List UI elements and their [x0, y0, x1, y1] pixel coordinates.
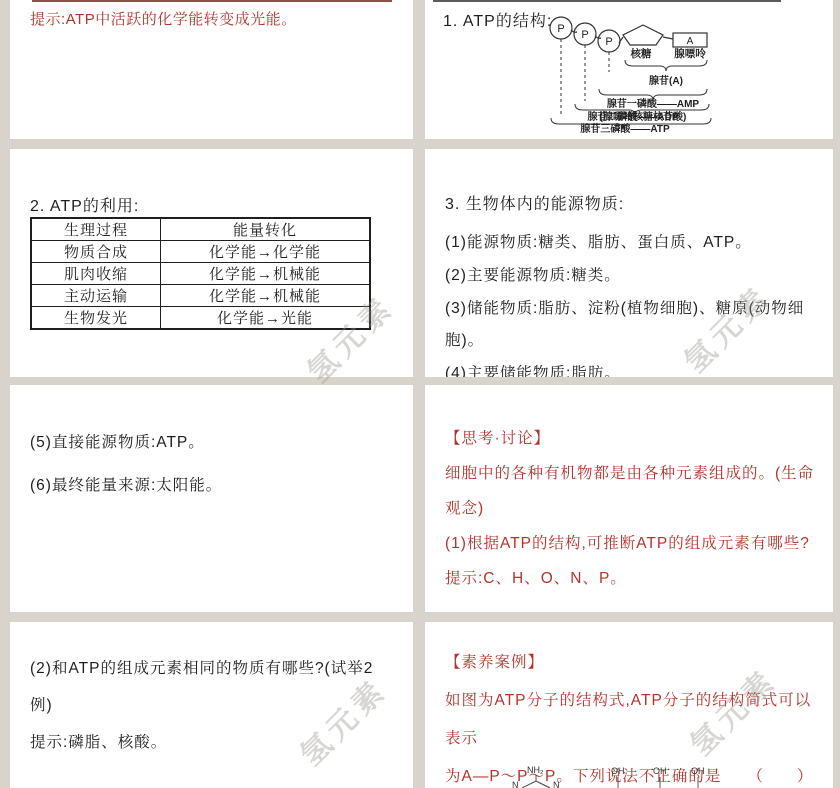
oh-label: OH	[611, 766, 625, 776]
cell-conversion: 化学能→化学能	[161, 241, 371, 263]
oh-label: OH	[653, 766, 667, 776]
slide-hint-light-energy: 提示:ATP中活跃的化学能转变成光能。	[10, 0, 413, 139]
oh-label: OH	[691, 766, 705, 776]
same-elements-line-2: 提示:磷脂、核酸。	[30, 724, 395, 761]
table-header-row: 生理过程 能量转化	[31, 218, 370, 241]
cropped-row-remnant	[32, 0, 392, 2]
slide-direct-energy: (5)直接能源物质:ATP。 (6)最终能量来源:太阳能。	[10, 385, 413, 612]
atp-structure-diagram: P P P A 核糖 腺嘌呤 腺苷(A) 腺苷一磷酸——AMP (腺嘌呤核糖核苷…	[525, 5, 815, 133]
same-elements-line-1: (2)和ATP的组成元素相同的物质有哪些?(试举2例)	[30, 650, 395, 724]
table-row: 主动运输 化学能→机械能	[31, 285, 370, 307]
table-row: 肌肉收缩 化学能→机械能	[31, 263, 370, 285]
adp-label: 腺苷二磷酸——ADP	[587, 110, 678, 123]
think-discuss-title: 【思考·讨论】	[445, 421, 815, 456]
cell-conversion: 化学能→光能	[161, 307, 371, 330]
slide-atp-structure: 1. ATP的结构: P P P A 核糖 腺嘌呤 腺苷(A) 腺苷一磷酸——A…	[425, 0, 833, 139]
n-atom-label: N	[512, 780, 519, 788]
energy-line-1: (1)能源物质:糖类、脂肪、蛋白质、ATP。	[445, 227, 815, 259]
table-row: 生物发光 化学能→光能	[31, 307, 370, 330]
energy-line-2: (2)主要能源物质:糖类。	[445, 260, 815, 292]
energy-line-4: (4)主要储能物质:脂肪。	[445, 358, 815, 377]
cropped-row-remnant	[433, 0, 781, 2]
hint-text: 提示:ATP中活跃的化学能转变成光能。	[10, 0, 413, 29]
phosphate-2-label: P	[581, 29, 588, 41]
think-discuss-line-2: (1)根据ATP的结构,可推断ATP的组成元素有哪些?	[445, 526, 815, 561]
table-row: 物质合成 化学能→化学能	[31, 241, 370, 263]
atp-label: 腺苷三磷酸——ATP	[580, 122, 670, 133]
amp-label: 腺苷一磷酸——AMP	[607, 97, 700, 110]
cell-conversion: 化学能→机械能	[161, 285, 371, 307]
n-atom-label: N	[553, 780, 560, 788]
case-example-title: 【素养案例】	[445, 644, 817, 682]
cell-process: 物质合成	[31, 241, 161, 263]
cell-process: 肌肉收缩	[31, 263, 161, 285]
slide-same-elements: (2)和ATP的组成元素相同的物质有哪些?(试举2例) 提示:磷脂、核酸。	[10, 622, 413, 788]
atp-usage-title: 2. ATP的利用:	[30, 193, 139, 216]
think-discuss-line-1: 细胞中的各种有机物都是由各种元素组成的。(生命观念)	[445, 456, 815, 526]
atp-usage-table: 生理过程 能量转化 物质合成 化学能→化学能 肌肉收缩 化学能→机械能 主动运输…	[30, 217, 371, 330]
slide-think-discuss: 【思考·讨论】 细胞中的各种有机物都是由各种元素组成的。(生命观念) (1)根据…	[425, 385, 833, 612]
adenosine-label: 腺苷(A)	[649, 74, 683, 87]
energy-line-3: (3)储能物质:脂肪、淀粉(植物细胞)、糖原(动物细胞)。	[445, 293, 815, 357]
cell-process: 生物发光	[31, 307, 161, 330]
adenine-label: 腺嘌呤	[674, 47, 706, 60]
ribose-label: 核糖	[630, 47, 652, 60]
phosphate-1-label: P	[557, 23, 564, 35]
phosphate-3-label: P	[605, 36, 612, 48]
nh2-label: NH₂	[527, 765, 544, 775]
slide-atp-usage: 2. ATP的利用: 生理过程 能量转化 物质合成 化学能→化学能 肌肉收缩 化…	[10, 149, 413, 377]
slide-case-example: 【素养案例】 如图为ATP分子的结构式,ATP分子的结构简式可以表示 为A—P～…	[425, 622, 833, 788]
direct-energy-line-2: (6)最终能量来源:太阳能。	[30, 464, 395, 507]
cell-conversion: 化学能→机械能	[161, 263, 371, 285]
direct-energy-line-1: (5)直接能源物质:ATP。	[30, 421, 395, 464]
adenine-box-label: A	[687, 36, 694, 47]
cell-process: 主动运输	[31, 285, 161, 307]
col-header-process: 生理过程	[31, 218, 161, 241]
case-example-line-1: 如图为ATP分子的结构式,ATP分子的结构简式可以表示	[445, 682, 817, 758]
think-discuss-line-3: 提示:C、H、O、N、P。	[445, 561, 815, 596]
energy-substances-title: 3. 生物体内的能源物质:	[445, 189, 815, 221]
slide-energy-substances: 3. 生物体内的能源物质: (1)能源物质:糖类、脂肪、蛋白质、ATP。 (2)…	[425, 149, 833, 377]
atp-molecular-structure: NH₂ N N OH OH OH	[495, 762, 795, 788]
col-header-conversion: 能量转化	[161, 218, 371, 241]
